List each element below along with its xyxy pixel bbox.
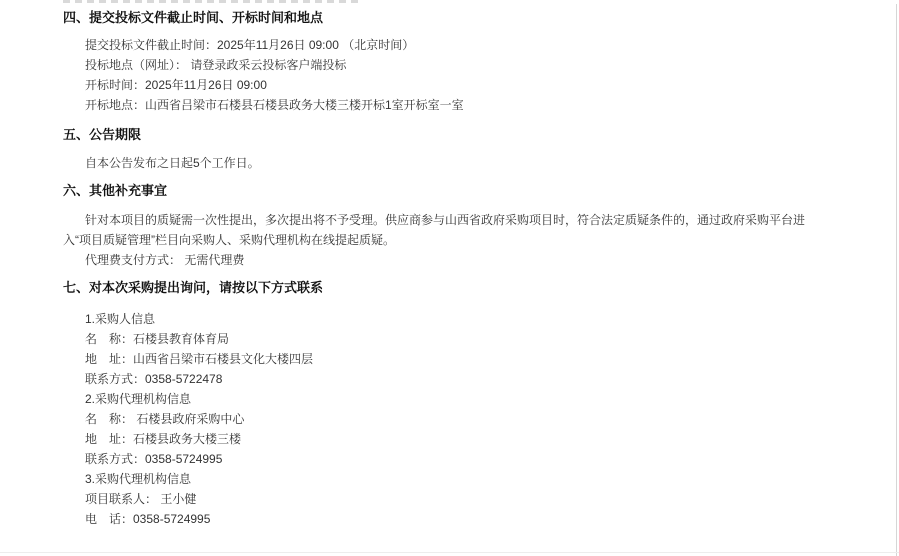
buyer-name: 名 称：石楼县教育体育局 xyxy=(85,329,899,349)
bid-opening-time: 开标时间：2025年11月26日 09:00 xyxy=(85,75,899,95)
agency-info-label: 2.采购代理机构信息 xyxy=(85,389,899,409)
project-contact-phone: 电 话：0358-5724995 xyxy=(85,509,899,529)
section-4-body: 提交投标文件截止时间：2025年11月26日 09:00 （北京时间） 投标地点… xyxy=(0,35,899,115)
inquiry-policy-paragraph: 针对本项目的质疑需一次性提出，多次提出将不予受理。供应商参与山西省政府采购项目时… xyxy=(63,210,825,250)
announcement-period: 自本公告发布之日起5个工作日。 xyxy=(85,153,899,173)
section-5-body: 自本公告发布之日起5个工作日。 xyxy=(0,153,899,173)
agency-address: 地 址：石楼县政务大楼三楼 xyxy=(85,429,899,449)
agency-contact-phone: 联系方式：0358-5724995 xyxy=(85,449,899,469)
agency-name: 名 称： 石楼县政府采购中心 xyxy=(85,409,899,429)
announcement-document: 四、提交投标文件截止时间、开标时间和地点 提交投标文件截止时间：2025年11月… xyxy=(0,0,899,556)
agency2-info-label: 3.采购代理机构信息 xyxy=(85,469,899,489)
page-bottom-border xyxy=(0,552,899,553)
bid-location-url: 投标地点（网址）： 请登录政采云投标客户端投标 xyxy=(85,55,899,75)
bid-submission-deadline: 提交投标文件截止时间：2025年11月26日 09:00 （北京时间） xyxy=(85,35,899,55)
clipped-line-top xyxy=(63,0,359,3)
buyer-contact-phone: 联系方式：0358-5722478 xyxy=(85,369,899,389)
section-4-heading: 四、提交投标文件截止时间、开标时间和地点 xyxy=(63,8,899,28)
agency-fee-line: 代理费支付方式： 无需代理费 xyxy=(85,250,899,270)
buyer-info-label: 1.采购人信息 xyxy=(85,309,899,329)
section-7-body: 1.采购人信息 名 称：石楼县教育体育局 地 址：山西省吕梁市石楼县文化大楼四层… xyxy=(0,309,899,529)
project-contact-person: 项目联系人： 王小健 xyxy=(85,489,899,509)
section-5-heading: 五、公告期限 xyxy=(63,125,899,145)
page-right-border xyxy=(896,4,897,556)
bid-opening-location: 开标地点：山西省吕梁市石楼县石楼县政务大楼三楼开标1室开标室一室 xyxy=(85,95,899,115)
buyer-address: 地 址：山西省吕梁市石楼县文化大楼四层 xyxy=(85,349,899,369)
section-6-heading: 六、其他补充事宜 xyxy=(63,181,899,201)
section-7-heading: 七、对本次采购提出询问，请按以下方式联系 xyxy=(63,278,899,298)
